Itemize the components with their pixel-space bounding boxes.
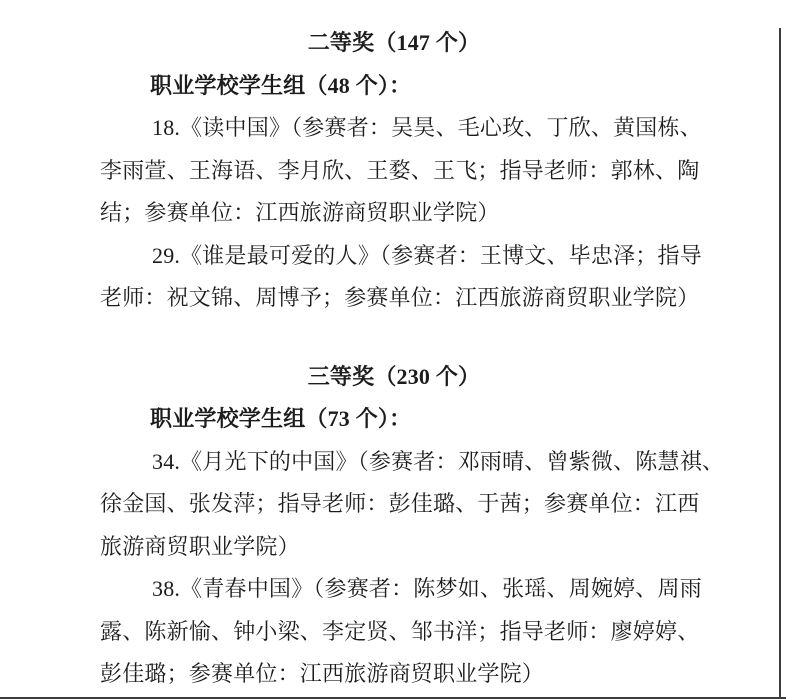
entry-line: 李雨萱、王海语、李月欣、王婺、王飞；指导老师：郭林、陶 — [100, 150, 688, 193]
document-page: 二等奖（147 个） 职业学校学生组（48 个）： 18.《读中国》（参赛者：吴… — [0, 0, 786, 699]
entry-line: 露、陈新愉、钟小梁、李定贤、邹书洋；指导老师：廖婷婷、 — [100, 611, 688, 654]
entry-line: 18.《读中国》（参赛者：吴昊、毛心玫、丁欣、黄国栋、 — [100, 107, 688, 150]
group-heading: 职业学校学生组（48 个）： — [100, 65, 688, 108]
award-title-third-prize: 三等奖（230 个） — [100, 356, 688, 399]
award-title-second-prize: 二等奖（147 个） — [100, 22, 688, 65]
entry-line: 29.《谁是最可爱的人》（参赛者：王博文、毕忠泽；指导 — [100, 235, 688, 278]
entry-line: 结；参赛单位：江西旅游商贸职业学院） — [100, 192, 688, 235]
entry-line: 徐金国、张发萍；指导老师：彭佳璐、于茜；参赛单位：江西 — [100, 483, 688, 526]
entry-line: 彭佳璐；参赛单位：江西旅游商贸职业学院） — [100, 653, 688, 696]
entry-line: 旅游商贸职业学院） — [100, 526, 688, 569]
document-content: 二等奖（147 个） 职业学校学生组（48 个）： 18.《读中国》（参赛者：吴… — [0, 0, 786, 696]
entry-18: 18.《读中国》（参赛者：吴昊、毛心玫、丁欣、黄国栋、 李雨萱、王海语、李月欣、… — [100, 107, 688, 235]
entry-34: 34.《月光下的中国》（参赛者：邓雨晴、曾紫微、陈慧祺、 徐金国、张发萍；指导老… — [100, 441, 688, 569]
entry-38: 38.《青春中国》（参赛者：陈梦如、张瑶、周婉婷、周雨 露、陈新愉、钟小梁、李定… — [100, 568, 688, 696]
entry-29: 29.《谁是最可爱的人》（参赛者：王博文、毕忠泽；指导 老师：祝文锦、周博予；参… — [100, 235, 688, 320]
section-second-prize: 二等奖（147 个） 职业学校学生组（48 个）： 18.《读中国》（参赛者：吴… — [100, 22, 688, 320]
entry-line: 38.《青春中国》（参赛者：陈梦如、张瑶、周婉婷、周雨 — [100, 568, 688, 611]
entry-line: 34.《月光下的中国》（参赛者：邓雨晴、曾紫微、陈慧祺、 — [100, 441, 688, 484]
page-right-border — [779, 28, 781, 699]
entry-line: 老师：祝文锦、周博予；参赛单位：江西旅游商贸职业学院） — [100, 277, 688, 320]
section-third-prize: 三等奖（230 个） 职业学校学生组（73 个）： 34.《月光下的中国》（参赛… — [100, 356, 688, 696]
group-heading: 职业学校学生组（73 个）： — [100, 398, 688, 441]
